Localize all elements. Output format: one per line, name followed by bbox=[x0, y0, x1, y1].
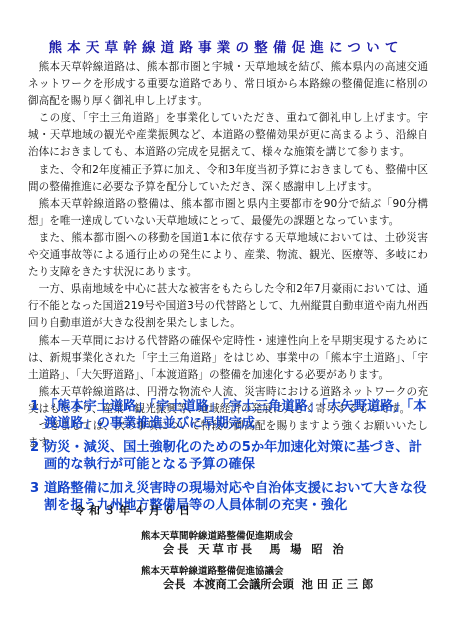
body-text: 熊本天草幹線道路は、熊本都市圏と宇城・天草地域を結び、熊本県内の高速交通ネットワ… bbox=[28, 59, 428, 452]
request-item: 1 「熊本宇土道路」「宇土道路」「宇土三角道路」「大矢野道路」「本渡道路」の事業… bbox=[30, 398, 430, 432]
paragraph: 熊本天草幹線道路の整備は、熊本都市圏と県内主要都市を90分で結ぶ「90分構想」を… bbox=[28, 196, 428, 230]
paragraph: 一方、県南地域を中心に甚大な被害をもたらした令和2年7月豪雨においては、通行不能… bbox=[28, 281, 428, 332]
paragraph: 熊本－天草間における代替路の確保や定時性・速達性向上を早期実現するためには、新規… bbox=[28, 333, 428, 384]
request-number: 2 bbox=[30, 439, 44, 473]
chair-signature: 会長 本渡商工会議所会頭 池 田 正 三 郎 bbox=[163, 576, 373, 592]
request-text: 防災・減災、国土強靭化のための5か年加速化対策に基づき、計画的な執行が可能となる… bbox=[44, 439, 430, 473]
request-item: 2 防災・減災、国土強靭化のための5か年加速化対策に基づき、計画的な執行が可能と… bbox=[30, 439, 430, 473]
request-number: 1 bbox=[30, 398, 44, 432]
organization-name: 熊本天草幹線道路整備促進協議会 bbox=[141, 563, 284, 577]
request-number: 3 bbox=[30, 480, 44, 514]
request-text: 「熊本宇土道路」「宇土道路」「宇土三角道路」「大矢野道路」「本渡道路」の事業推進… bbox=[44, 398, 430, 432]
date: 令和３年４月６日 bbox=[74, 502, 194, 518]
chair-signature: 会長 天草市長 馬 場 昭 治 bbox=[163, 541, 347, 557]
paragraph: 熊本天草幹線道路は、熊本都市圏と宇城・天草地域を結び、熊本県内の高速交通ネットワ… bbox=[28, 59, 428, 110]
organization-name: 熊本天草間幹線道路整備促進期成会 bbox=[141, 528, 293, 542]
paragraph: また、熊本都市圏への移動を国道1本に依存する天草地域においては、土砂災害や交通事… bbox=[28, 230, 428, 281]
page-title: 熊本天草幹線道路事業の整備促進について bbox=[0, 36, 452, 56]
paragraph: また、令和2年度補正予算に加え、令和3年度当初予算におきましても、整備中区間の整… bbox=[28, 162, 428, 196]
paragraph: この度、「宇土三角道路」を事業化していただき、重ねて御礼申し上げます。宇城・天草… bbox=[28, 110, 428, 161]
